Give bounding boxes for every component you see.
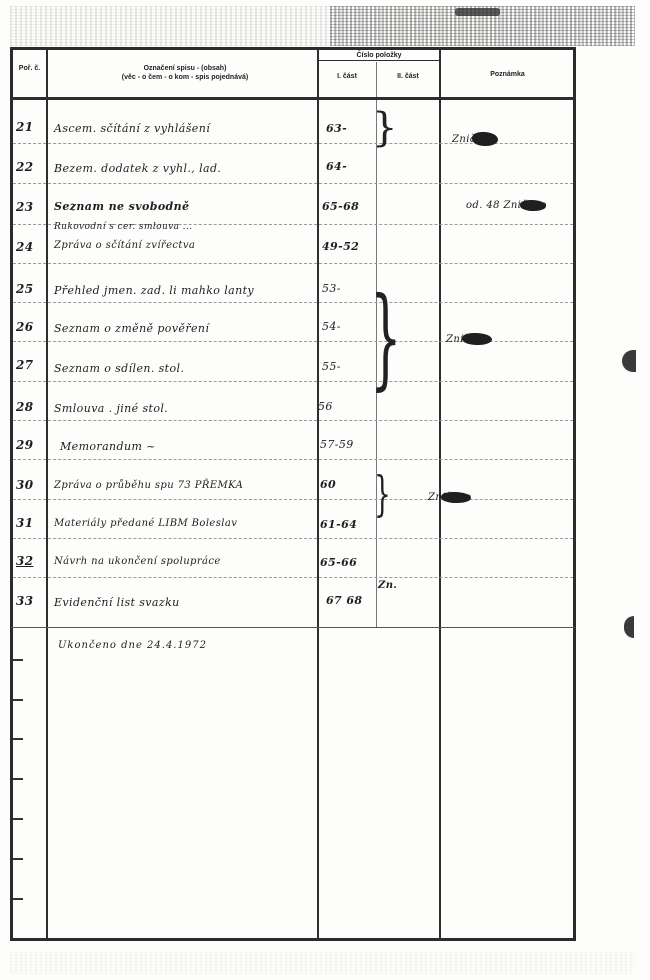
row-folio: 65-68 <box>322 200 359 213</box>
row-folio: 63- <box>326 122 347 135</box>
row-number: 33 <box>16 594 34 608</box>
row-folio: 67 68 <box>326 594 362 607</box>
row-separator <box>13 538 573 539</box>
scan-noise-bottom <box>10 952 635 974</box>
row-number: 32 <box>16 554 34 568</box>
row-description: Seznam o sdílen. stol. <box>54 362 184 375</box>
row-description: Evidenční list svazku <box>54 596 180 609</box>
row-number: 31 <box>16 516 34 530</box>
row-folio: 61-64 <box>320 518 357 531</box>
row-folio: 65-66 <box>320 556 357 569</box>
row-folio: 55- <box>322 360 341 373</box>
header-folio-part1: I. část <box>318 72 376 81</box>
row-folio: 49-52 <box>322 240 359 253</box>
ink-blot <box>520 200 546 211</box>
ink-blot <box>472 132 498 146</box>
row-separator <box>13 302 573 303</box>
punch-hole-lower <box>624 616 634 638</box>
punch-hole-upper <box>622 350 636 372</box>
row-number: 29 <box>16 438 34 452</box>
row-number: 24 <box>16 240 34 254</box>
row-folio: 54- <box>322 320 341 333</box>
row-folio: 57-59 <box>320 438 354 451</box>
scan-smudge <box>455 8 500 16</box>
row-description: Memorandum ~ <box>60 440 156 453</box>
header-subgroup-line <box>318 60 440 61</box>
row-description: Smlouva . jiné stol. <box>54 402 168 415</box>
row-description: Přehled jmen. zad. li mahko lanty <box>54 284 254 297</box>
row-description: Bezem. dodatek z vyhl., lad. <box>54 162 221 175</box>
header-note: Poznámka <box>440 70 575 79</box>
row-number: 27 <box>16 358 34 372</box>
margin-tick <box>13 699 23 701</box>
margin-tick <box>13 858 23 860</box>
row-number: 26 <box>16 320 34 334</box>
header-bottom-line <box>11 97 575 100</box>
row-separator <box>13 263 573 264</box>
row-description: Seznam ne svobodně <box>54 200 189 213</box>
inventory-table-frame <box>10 47 576 941</box>
row-folio: 56 <box>318 400 333 413</box>
row-description: Seznam o změně pověření <box>54 322 209 335</box>
ink-blot <box>462 333 492 345</box>
row-description: Zpráva o průběhu spu 73 PŘEMKA <box>54 480 243 491</box>
row-folio: 60 <box>320 478 336 491</box>
margin-tick <box>13 738 23 740</box>
row-number: 30 <box>16 478 34 492</box>
row-description-continuation: Rukovodní s cer. smlouva ... <box>54 222 192 232</box>
column-divider-description <box>317 48 319 940</box>
row-description: Materiály předané LIBM Boleslav <box>54 518 237 529</box>
row-separator <box>13 420 573 421</box>
row-description: Návrh na ukončení spolupráce <box>54 556 221 567</box>
row-number: 21 <box>16 120 34 134</box>
margin-tick <box>13 659 23 661</box>
margin-tick <box>13 818 23 820</box>
note-zn: Zn. <box>378 580 397 591</box>
margin-tick <box>13 898 23 900</box>
row-separator <box>13 183 573 184</box>
row-number: 25 <box>16 282 34 296</box>
header-description: Označení spisu - (obsah) (věc - o čem - … <box>60 64 310 82</box>
margin-tick <box>13 778 23 780</box>
row-description: Zpráva o sčítání zvířectva <box>54 240 195 251</box>
ink-blot <box>441 492 471 503</box>
row-separator <box>13 577 573 578</box>
header-folio-part2: II. část <box>378 72 438 81</box>
row-description: Ascem. sčítání z vyhlášení <box>54 122 210 135</box>
column-divider-number <box>46 48 48 940</box>
row-number: 22 <box>16 160 34 174</box>
row-number: 23 <box>16 200 34 214</box>
header-number: Poř. č. <box>13 64 46 73</box>
closing-note: Ukončeno dne 24.4.1972 <box>58 640 207 651</box>
row-folio: 53- <box>322 282 341 295</box>
row-separator <box>13 499 573 500</box>
grouping-brace: } <box>372 108 397 148</box>
grouping-brace: } <box>374 470 391 518</box>
header-folio-group: Číslo položky <box>318 51 440 60</box>
row-separator <box>13 381 573 382</box>
row-folio: 64- <box>326 160 347 173</box>
grouping-brace: } <box>370 282 402 392</box>
entries-end-line <box>11 627 575 628</box>
row-separator <box>13 459 573 460</box>
row-number: 28 <box>16 400 34 414</box>
